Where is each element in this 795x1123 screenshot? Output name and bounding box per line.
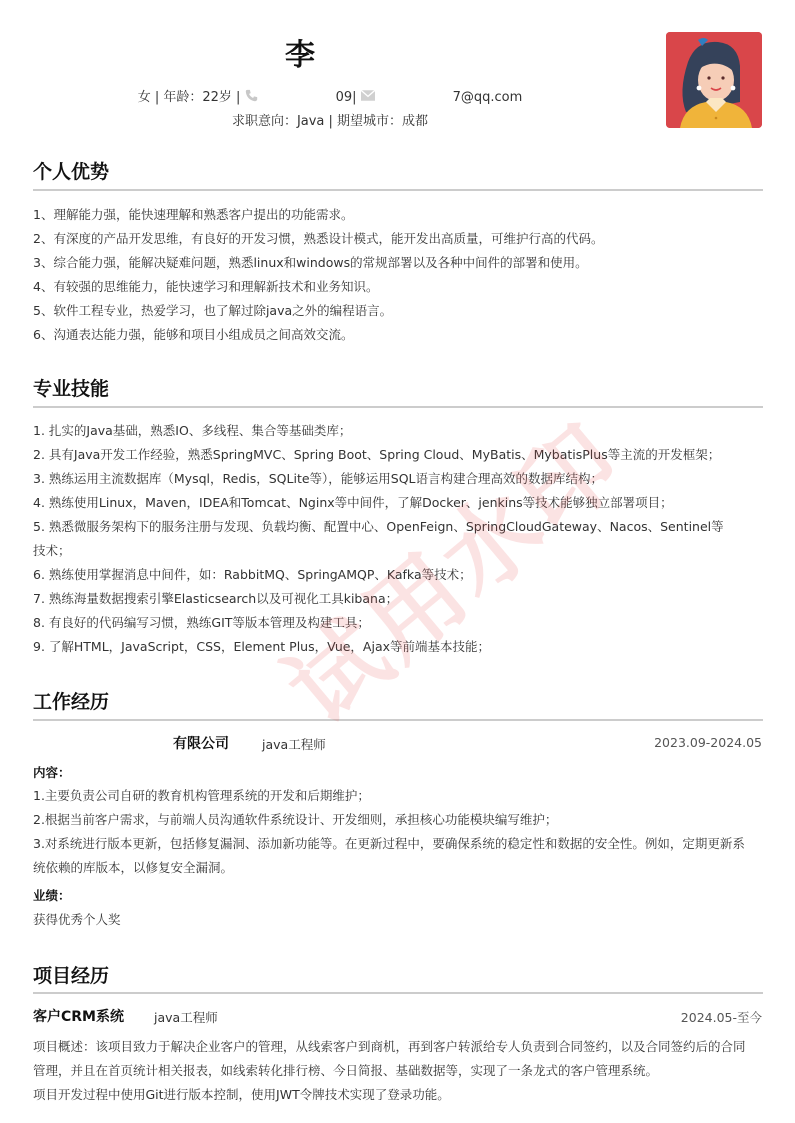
skill-item: 5. 熟悉微服务架构下的服务注册与发现、负载均衡、配置中心、OpenFeign、… [33, 517, 724, 535]
project-line: 管理，并且在首页统计相关报表，如线索转化排行榜、今日简报、基础数据等，实现了一条… [33, 1061, 658, 1079]
company-name: 有限公司 [173, 733, 229, 753]
age: 年龄：22岁 [163, 90, 232, 105]
skill-item: 1. 扎实的Java基础，熟悉IO、多线程、集合等基础类库； [33, 421, 351, 439]
skill-item: 6. 熟练使用掌握消息中间件，如：RabbitMQ、SpringAMQP、Kaf… [33, 565, 472, 583]
gender: 女 [138, 90, 151, 105]
email-address: 7@qq.com [453, 90, 523, 105]
project-role: java工程师 [154, 1008, 218, 1026]
project-line: 项目开发过程中使用Git进行版本控制，使用JWT令牌技术实现了登录功能。 [33, 1085, 450, 1103]
phone-icon [245, 89, 258, 106]
work-content-line: 2.根据当前客户需求，与前端人员沟通软件系统设计、开发细则，承担核心功能模块编写… [33, 810, 557, 828]
skill-item: 技术； [33, 541, 71, 559]
section-title-skills: 专业技能 [33, 374, 109, 401]
advantage-item: 4、有较强的思维能力，能快速学习和理解新技术和业务知识。 [33, 277, 378, 295]
skill-item: 7. 熟练海量数据搜索引擎Elasticsearch以及可视化工具kibana； [33, 589, 398, 607]
section-title-work: 工作经历 [33, 687, 109, 714]
candidate-name: 李 [0, 30, 600, 74]
section-title-projects: 项目经历 [33, 961, 109, 988]
achievement-text: 获得优秀个人奖 [33, 910, 121, 928]
phone-number: 09 [336, 90, 353, 105]
work-content-line: 3.对系统进行版本更新，包括修复漏洞、添加新功能等。在更新过程中，要确保系统的稳… [33, 834, 745, 852]
advantage-item: 5、软件工程专业，热爱学习，也了解过除java之外的编程语言。 [33, 301, 392, 319]
work-content-line: 统依赖的库版本，以修复安全漏洞。 [33, 858, 233, 876]
content-label: 内容： [33, 763, 71, 781]
skill-item: 3. 熟练运用主流数据库（Mysql，Redis，SQLite等），能够运用SQ… [33, 469, 603, 487]
advantage-item: 1、理解能力强，能快速理解和熟悉客户提出的功能需求。 [33, 205, 353, 223]
project-line: 项目概述：该项目致力于解决企业客户的管理，从线索客户到商机，再到客户转派给专人负… [33, 1037, 746, 1055]
achievement-label: 业绩： [33, 886, 71, 904]
work-role: java工程师 [262, 735, 326, 753]
resume-page: 李 女 | 年龄：22岁 | 09| 7@qq.com 求职意向：Java | … [0, 0, 795, 1123]
skill-item: 8. 有良好的代码编写习惯，熟练GIT等版本管理及构建工具； [33, 613, 370, 631]
work-content-line: 1.主要负责公司自研的教育机构管理系统的开发和后期维护； [33, 786, 370, 804]
section-divider [33, 189, 763, 191]
section-divider [33, 406, 763, 408]
work-period: 2023.09-2024.05 [654, 735, 762, 750]
section-divider [33, 719, 763, 721]
skill-item: 9. 了解HTML，JavaScript，CSS，Element Plus，Vu… [33, 637, 490, 655]
advantage-item: 3、综合能力强，能解决疑难问题，熟悉linux和windows的常规部署以及各种… [33, 253, 588, 271]
advantage-item: 6、沟通表达能力强，能够和项目小组成员之间高效交流。 [33, 325, 353, 343]
avatar [666, 32, 762, 128]
skill-item: 2. 具有Java开发工作经验，熟悉SpringMVC、Spring Boot、… [33, 445, 720, 463]
skill-item: 4. 熟练使用Linux，Maven，IDEA和Tomcat、Nginx等中间件… [33, 493, 673, 511]
project-name: 客户CRM系统 [33, 1006, 124, 1026]
job-intent: 求职意向：Java | 期望城市：成都 [0, 110, 660, 129]
email-icon [361, 90, 375, 105]
section-title-advantages: 个人优势 [33, 157, 109, 184]
advantage-item: 2、有深度的产品开发思维，有良好的开发习惯，熟悉设计模式，能开发出高质量，可维护… [33, 229, 603, 247]
project-period: 2024.05-至今 [681, 1008, 762, 1026]
section-divider [33, 992, 763, 994]
contact-line: 女 | 年龄：22岁 | 09| 7@qq.com [0, 86, 660, 106]
